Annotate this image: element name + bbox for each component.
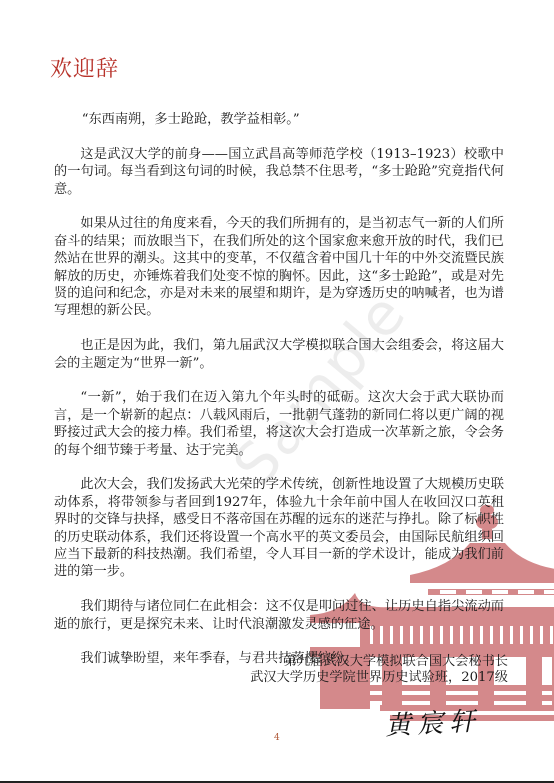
signature-block: 第九届武汉大学模拟联合国大会秘书长 武汉大学历史学院世界历史试验班，2017级: [250, 654, 508, 686]
letter-body: “东西南朔，多士跄跄，教学益相彰。” 这是武汉大学的前身——国立武昌高等师范学校…: [54, 111, 504, 685]
paragraph: “一新”，始于我们在迈入第九个年头时的砥砺。这次大会于武大联协而言，是一个崭新的…: [54, 389, 504, 459]
signer-title: 第九届武汉大学模拟联合国大会秘书长: [250, 654, 508, 670]
handwritten-signature: 黄宸轩: [384, 701, 482, 743]
paragraph: 此次大会，我们发扬武大光荣的学术传统，创新性地设置了大规模历史联动体系，将带领参…: [54, 476, 504, 580]
paragraph: 如果从过往的角度来看，今天的我们所拥有的，是当初志气一新的人们所奋斗的结果；而放…: [54, 215, 504, 319]
page-title: 欢迎辞: [50, 52, 119, 83]
paragraph: 我们期待与诸位同仁在此相会：这不仅是叩问过往、让历史自指尖流动而逝的旅行，更是探…: [54, 598, 504, 633]
paragraph: 也正是因为此，我们，第九届武汉大学模拟联合国大会组委会，将这届大会的主题定为“世…: [54, 337, 504, 372]
paragraph-quote: “东西南朔，多士跄跄，教学益相彰。”: [54, 111, 504, 128]
document-page: Sample 欢迎辞 “东西南朔，多士跄跄，教学益相彰。” 这是武汉大学的前身—…: [0, 0, 554, 783]
paragraph: 这是武汉大学的前身——国立武昌高等师范学校（1913–1923）校歌中的一句词。…: [54, 146, 504, 198]
signer-affiliation: 武汉大学历史学院世界历史试验班，2017级: [250, 670, 508, 686]
page-number: 4: [274, 733, 280, 743]
